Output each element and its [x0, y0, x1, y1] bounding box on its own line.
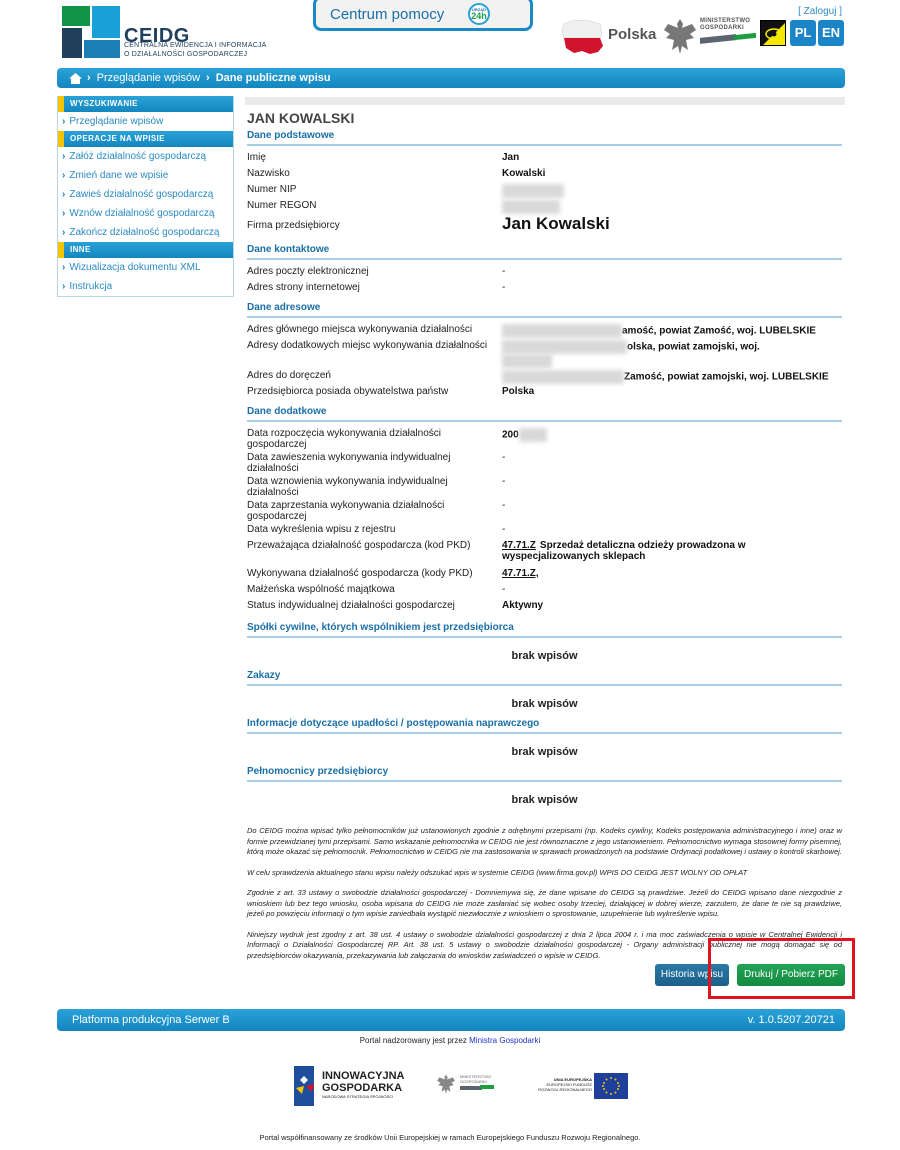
sidebar: Wyszukiwanie ›Przeglądanie wpisów Operac… — [57, 96, 234, 297]
content-top-strip — [245, 97, 845, 105]
main-address-text: amość, powiat Zamość, woj. LUBELSKIE — [622, 326, 816, 337]
nip-value-redacted — [502, 182, 842, 198]
bans-empty: brak wpisów — [247, 690, 842, 718]
field-label: Status indywidualnej działalności gospod… — [247, 598, 502, 611]
eu-flag-icon — [594, 1073, 628, 1099]
poland-map-icon — [560, 18, 604, 56]
chevron-right-icon: › — [87, 72, 91, 84]
polish-eagle-emblem-icon — [662, 16, 698, 56]
deletion-date-value: - — [502, 522, 842, 535]
citizenship-value: Polska — [502, 384, 842, 397]
supervision-text: Portal nadzorowany jest przez — [360, 1036, 467, 1045]
page-title: JAN KOWALSKI — [247, 110, 842, 126]
field-row: Przedsiębiorca posiada obywatelstwa pańs… — [247, 384, 842, 400]
breadcrumb-item-browse[interactable]: Przeglądanie wpisów — [97, 72, 200, 84]
chevron-right-icon: › — [206, 72, 210, 84]
section-bankruptcy: Informacje dotyczące upadłości / postępo… — [247, 718, 842, 734]
field-label: Adres strony internetowej — [247, 280, 502, 293]
field-label: Data zaprzestania wykonywania działalnoś… — [247, 498, 502, 522]
sidebar-item-change-data[interactable]: ›Zmień dane we wpisie — [58, 166, 233, 185]
pkd-code-link[interactable]: 47.71.Z, — [502, 568, 539, 579]
suspension-date-value: - — [502, 450, 842, 463]
chevron-right-icon: › — [62, 281, 65, 292]
sidebar-item-start-business[interactable]: ›Załóż działalność gospodarczą — [58, 147, 233, 166]
field-row: NazwiskoKowalski — [247, 166, 842, 182]
badge-main: 24h — [471, 11, 487, 21]
bankruptcy-empty: brak wpisów — [247, 738, 842, 766]
section-additional-data: Dane dodatkowe — [247, 406, 842, 422]
ceidg-logo-mark[interactable] — [62, 6, 120, 58]
section-partnerships: Spółki cywilne, których wspólnikiem jest… — [247, 622, 842, 638]
sidebar-item-close-business[interactable]: ›Zakończ działalność gospodarczą — [58, 223, 233, 242]
cofinancing-note: Portal współfinansowany ze środków Unii … — [0, 1133, 900, 1142]
country-label: Polska — [608, 26, 656, 43]
resumption-date-value: - — [502, 474, 842, 487]
breadcrumb: › Przeglądanie wpisów › Dane publiczne w… — [57, 68, 845, 88]
pkd-description: Sprzedaż detaliczna odzieży prowadzona w… — [502, 540, 746, 562]
logo-subtitle: CENTRALNA EWIDENCJA I INFORMACJA O DZIAŁ… — [124, 41, 267, 59]
home-icon[interactable] — [69, 73, 81, 84]
start-date-text: 200 — [502, 430, 519, 441]
cessation-date-value: - — [502, 498, 842, 511]
pkd-codes-value: 47.71.Z, — [502, 566, 842, 579]
sidebar-item-label: Przeglądanie wpisów — [69, 116, 163, 127]
field-row: Wykonywana działalność gospodarcza (kody… — [247, 566, 842, 582]
field-label: Nazwisko — [247, 166, 502, 179]
supervision-note: Portal nadzorowany jest przez Ministra G… — [0, 1036, 900, 1045]
sidebar-item-label: Wizualizacja dokumentu XML — [69, 262, 200, 273]
entry-details: JAN KOWALSKI Dane podstawowe ImięJan Naz… — [247, 110, 842, 971]
field-row: Adres poczty elektronicznej- — [247, 264, 842, 280]
chevron-right-icon: › — [62, 189, 65, 200]
field-label: Imię — [247, 150, 502, 163]
main-address-value: amość, powiat Zamość, woj. LUBELSKIE — [502, 322, 842, 338]
proxies-empty: brak wpisów — [247, 786, 842, 814]
section-address-data: Dane adresowe — [247, 302, 842, 318]
field-row: Adres strony internetowej- — [247, 280, 842, 296]
field-label: Przeważająca działalność gospodarcza (ko… — [247, 538, 502, 551]
field-label: Adresy dodatkowych miejsc wykonywania dz… — [247, 338, 502, 351]
legal-paragraph: Zgodnie z art. 33 ustawy o swobodzie dzi… — [247, 888, 842, 920]
regon-value-redacted — [502, 198, 842, 214]
help-center-label: Centrum pomocy — [330, 6, 444, 23]
chevron-right-icon: › — [62, 227, 65, 238]
field-row: Data wykreślenia wpisu z rejestru- — [247, 522, 842, 538]
delivery-address-value: Zamość, powiat zamojski, woj. LUBELSKIE — [502, 368, 842, 384]
start-date-value: 200 — [502, 426, 842, 442]
field-label: Wykonywana działalność gospodarcza (kody… — [247, 566, 502, 579]
sidebar-item-label: Zawieś działalność gospodarczą — [69, 189, 213, 200]
field-label: Przedsiębiorca posiada obywatelstwa pańs… — [247, 384, 502, 397]
ministry-of-economy-logo: MINISTERSTWO GOSPODARKI — [700, 18, 758, 50]
sidebar-item-label: Załóż działalność gospodarczą — [69, 151, 206, 162]
field-row: ImięJan — [247, 150, 842, 166]
additional-address-value: olska, powiat zamojski, woj. — [502, 338, 842, 368]
ministry-footer-logo: MINISTERSTWO GOSPODARKI — [436, 1072, 500, 1100]
ig-line2: GOSPODARKA — [322, 1082, 405, 1094]
eu-fund-logo: UNIA EUROPEJSKA EUROPEJSKI FUNDUSZ ROZWO… — [528, 1073, 628, 1099]
main-pkd-value: 47.71.ZSprzedaż detaliczna odzieży prowa… — [502, 538, 842, 562]
delivery-address-text: Zamość, powiat zamojski, woj. LUBELSKIE — [624, 372, 828, 383]
website-value: - — [502, 280, 842, 293]
sidebar-item-label: Zmień dane we wpisie — [69, 170, 168, 181]
sidebar-item-label: Instrukcja — [69, 281, 112, 292]
sidebar-item-resume-business[interactable]: ›Wznów działalność gospodarczą — [58, 204, 233, 223]
field-row: Adresy dodatkowych miejsc wykonywania dz… — [247, 338, 842, 368]
pkd-code-link[interactable]: 47.71.Z — [502, 540, 536, 551]
field-row: Data zaprzestania wykonywania działalnoś… — [247, 498, 842, 522]
chevron-right-icon: › — [62, 170, 65, 181]
breadcrumb-current: Dane publiczne wpisu — [216, 72, 331, 84]
field-row: Data wznowienia wykonywania indywidualne… — [247, 474, 842, 498]
field-row: Status indywidualnej działalności gospod… — [247, 598, 842, 614]
sidebar-item-browse-entries[interactable]: ›Przeglądanie wpisów — [58, 112, 233, 131]
footer-bar: Platforma produkcyjna Serwer B v. 1.0.52… — [57, 1009, 845, 1031]
field-row: Numer NIP — [247, 182, 842, 198]
field-label: Małżeńska wspólność majątkowa — [247, 582, 502, 595]
field-row: Numer REGON — [247, 198, 842, 214]
polish-eagle-icon — [436, 1072, 456, 1096]
eu-line3: ROZWOJU REGIONALNEGO — [528, 1087, 592, 1092]
platform-label: Platforma produkcyjna Serwer B — [72, 1014, 230, 1026]
additional-address-text: olska, powiat zamojski, woj. — [627, 342, 760, 353]
office-24h-icon: URZĄD 24h — [468, 3, 490, 25]
email-value: - — [502, 264, 842, 277]
company-name-value: Jan Kowalski — [502, 214, 842, 234]
highlight-frame — [708, 938, 855, 999]
legal-paragraph: Do CEIDG można wpisać tylko pełnomocnikó… — [247, 826, 842, 858]
sidebar-item-suspend-business[interactable]: ›Zawieś działalność gospodarczą — [58, 185, 233, 204]
section-bans: Zakazy — [247, 670, 842, 686]
field-label: Numer NIP — [247, 182, 502, 195]
sidebar-item-instructions[interactable]: ›Instrukcja — [58, 277, 233, 296]
sidebar-section-other: Inne — [58, 242, 233, 258]
field-label: Adres poczty elektronicznej — [247, 264, 502, 277]
chevron-right-icon: › — [62, 262, 65, 273]
section-proxies: Pełnomocnicy przedsiębiorcy — [247, 766, 842, 782]
field-label: Numer REGON — [247, 198, 502, 211]
version-label: v. 1.0.5207.20721 — [748, 1014, 835, 1026]
field-row: Data zawieszenia wykonywania indywidualn… — [247, 450, 842, 474]
sidebar-section-search: Wyszukiwanie — [58, 96, 233, 112]
help-center-button[interactable]: Centrum pomocy URZĄD 24h — [313, 0, 533, 31]
marital-property-value: - — [502, 582, 842, 595]
first-name-value: Jan — [502, 150, 842, 163]
field-row: Data rozpoczęcia wykonywania działalnośc… — [247, 426, 842, 450]
accessibility-eye-icon[interactable] — [760, 20, 786, 46]
field-label: Data wznowienia wykonywania indywidualne… — [247, 474, 502, 498]
field-row: Adres głównego miejsca wykonywania dział… — [247, 322, 842, 338]
logo-subtitle-line1: CENTRALNA EWIDENCJA I INFORMACJA — [124, 41, 267, 50]
logo-subtitle-line2: O DZIAŁALNOŚCI GOSPODARCZEJ — [124, 50, 267, 59]
chevron-right-icon: › — [62, 151, 65, 162]
ministry-line1: MINISTERSTWO — [700, 18, 758, 25]
mg-line2: GOSPODARKI — [460, 1079, 491, 1084]
legal-paragraph: W celu sprawdzenia aktualnego stanu wpis… — [247, 868, 842, 879]
login-link[interactable]: [ Zaloguj ] — [798, 6, 842, 17]
field-label: Data zawieszenia wykonywania indywidualn… — [247, 450, 502, 474]
ministry-link[interactable]: Ministra Gospodarki — [469, 1036, 540, 1045]
section-basic-data: Dane podstawowe — [247, 130, 842, 146]
chevron-right-icon: › — [62, 208, 65, 219]
ig-line1: INNOWACYJNA — [322, 1070, 405, 1082]
field-label: Adres głównego miejsca wykonywania dział… — [247, 322, 502, 335]
field-row: Adres do doręczeńZamość, powiat zamojski… — [247, 368, 842, 384]
section-contact-data: Dane kontaktowe — [247, 244, 842, 260]
field-label: Data wykreślenia wpisu z rejestru — [247, 522, 502, 535]
innovative-economy-logo: INNOWACYJNA GOSPODARKA NARODOWA STRATEGI… — [292, 1066, 422, 1106]
field-row: Firma przedsiębiorcyJan Kowalski — [247, 214, 842, 238]
partnerships-empty: brak wpisów — [247, 642, 842, 670]
sidebar-item-xml-visualization[interactable]: ›Wizualizacja dokumentu XML — [58, 258, 233, 277]
field-row: Małżeńska wspólność majątkowa- — [247, 582, 842, 598]
language-en-button[interactable]: EN — [818, 20, 844, 46]
field-row: Przeważająca działalność gospodarcza (ko… — [247, 538, 842, 566]
sidebar-item-label: Zakończ działalność gospodarczą — [69, 227, 219, 238]
field-label: Data rozpoczęcia wykonywania działalnośc… — [247, 426, 502, 450]
sidebar-item-label: Wznów działalność gospodarczą — [69, 208, 214, 219]
field-label: Firma przedsiębiorcy — [247, 214, 502, 231]
innovative-economy-icon — [292, 1066, 318, 1106]
field-label: Adres do doręczeń — [247, 368, 502, 381]
language-pl-button[interactable]: PL — [790, 20, 816, 46]
last-name-value: Kowalski — [502, 166, 842, 179]
status-value: Aktywny — [502, 598, 842, 611]
sidebar-section-operations: Operacje na wpisie — [58, 131, 233, 147]
ig-line3: NARODOWA STRATEGIA SPÓJNOŚCI — [322, 1094, 405, 1100]
chevron-right-icon: › — [62, 116, 65, 127]
ministry-line2: GOSPODARKI — [700, 25, 758, 32]
